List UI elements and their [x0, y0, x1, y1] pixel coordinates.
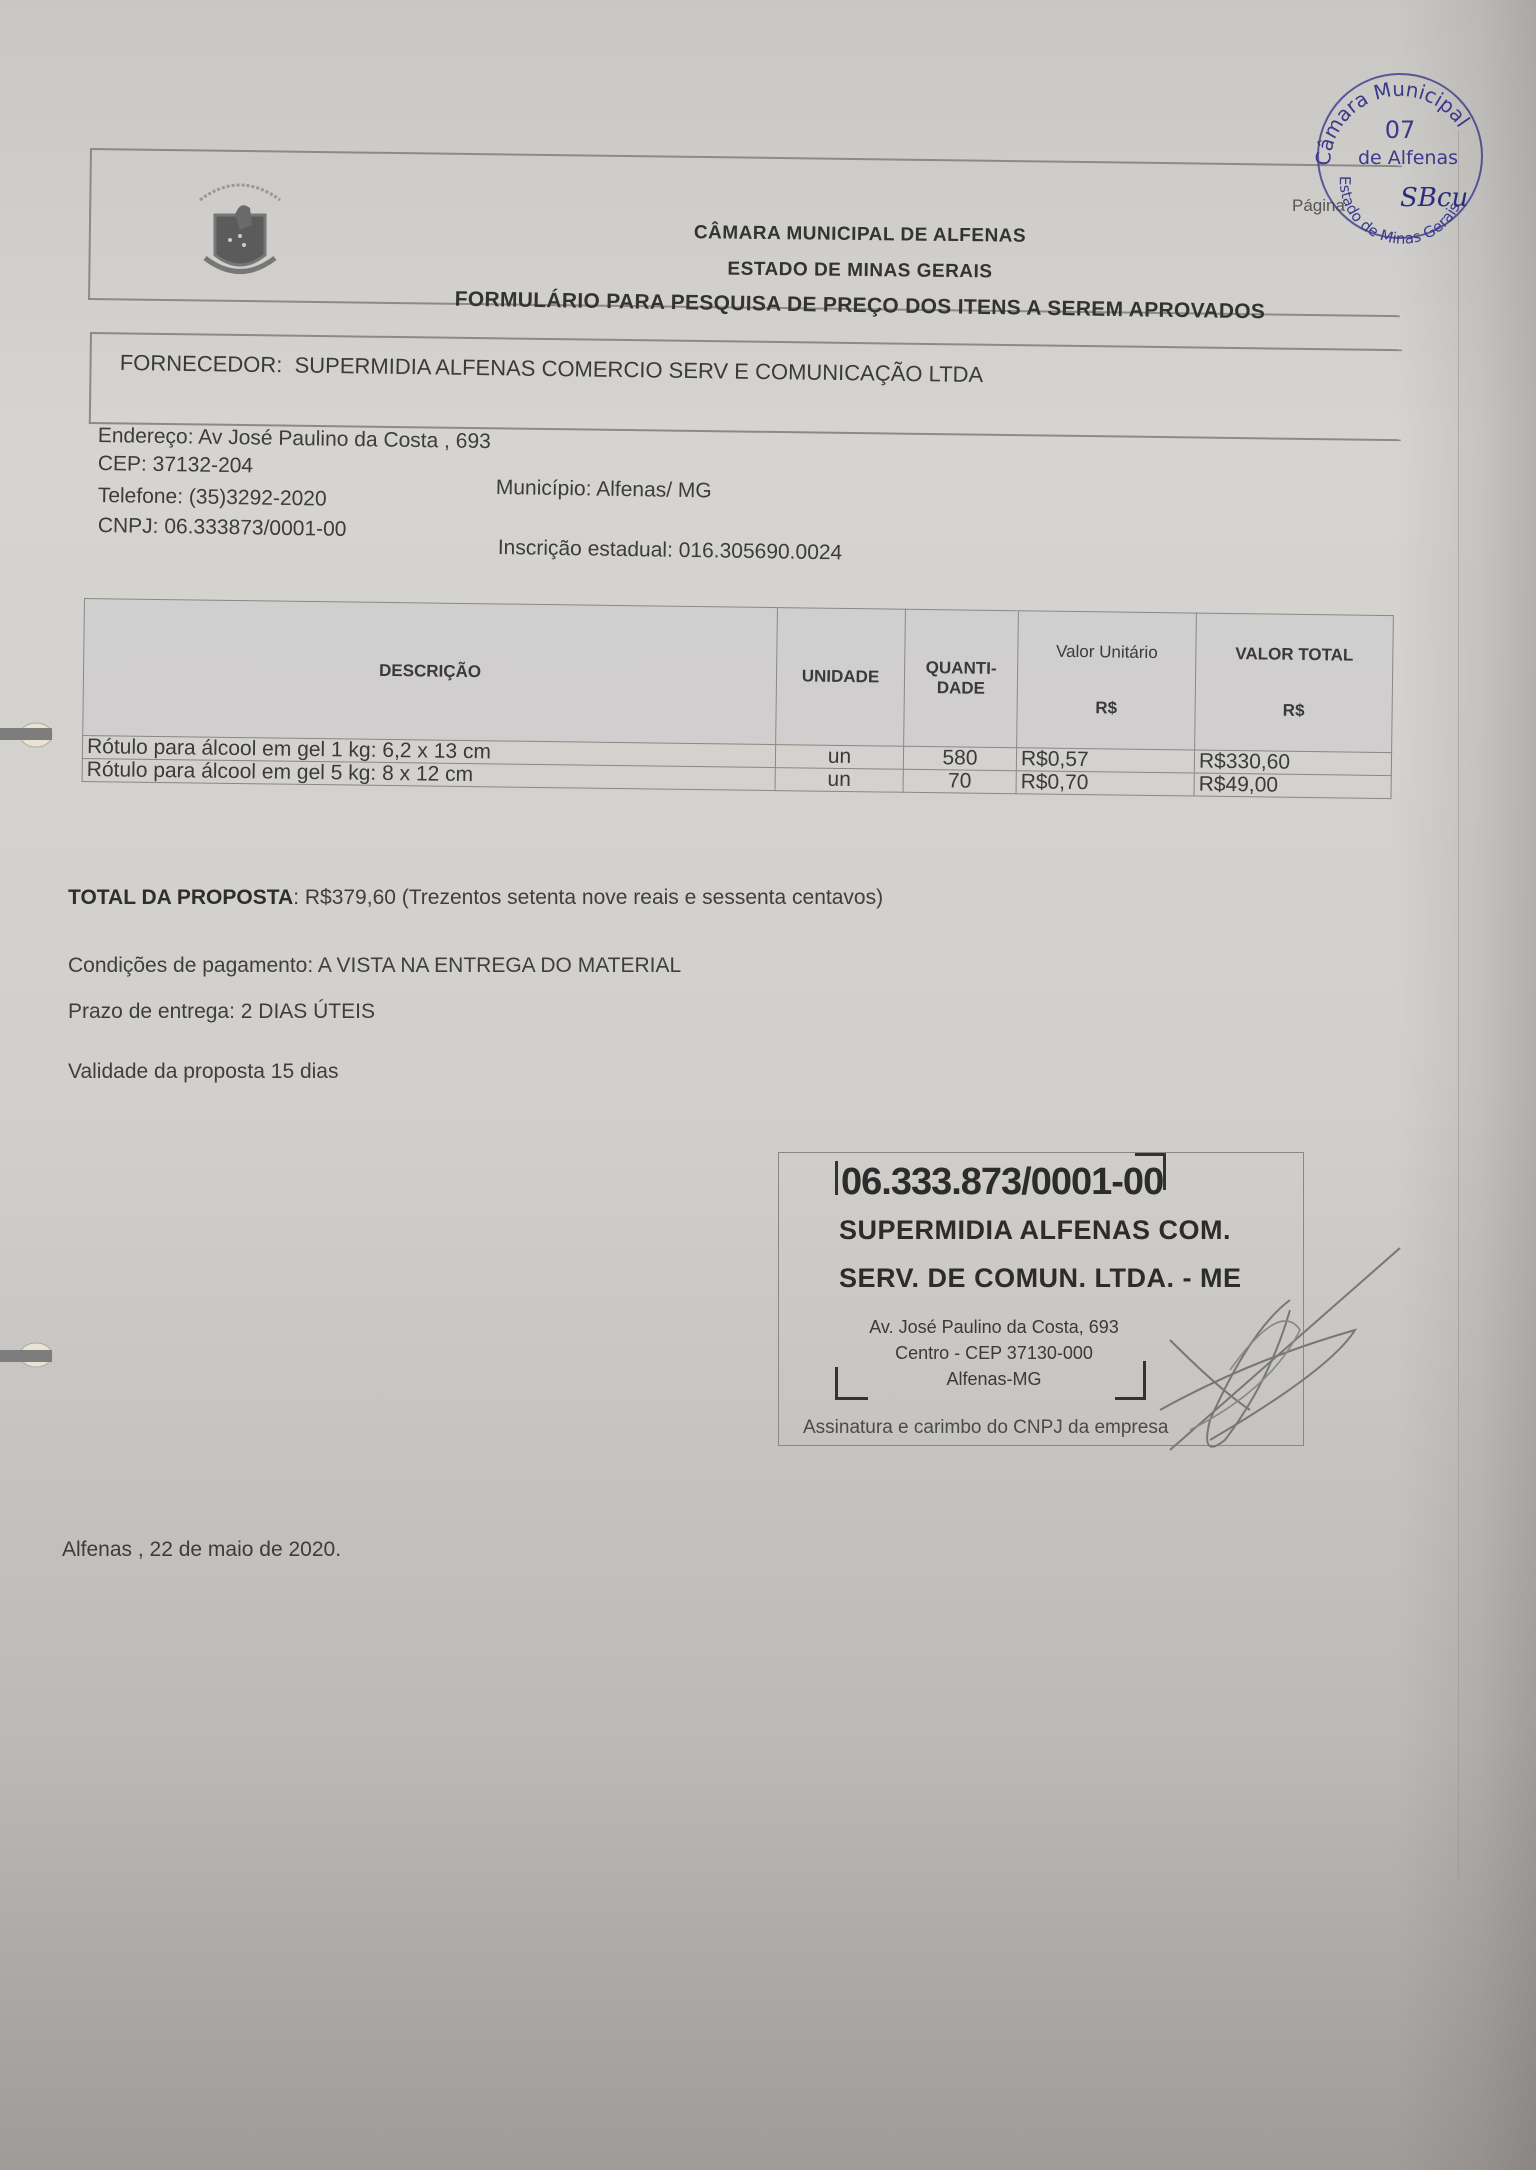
cell-valor-total: R$49,00 [1194, 773, 1391, 799]
col-quantidade: QUANTI-DADE [904, 609, 1019, 747]
punch-hole-icon [0, 722, 54, 748]
cell-valor-unitario: R$0,70 [1016, 771, 1194, 796]
supplier-label: FORNECEDOR: [120, 350, 283, 377]
page-edge-line [1458, 130, 1459, 1880]
supplier-cnpj: CNPJ: 06.333873/0001-00 [98, 514, 347, 542]
payment-terms: Condições de pagamento: A VISTA NA ENTRE… [68, 954, 681, 978]
cell-quantidade: 70 [903, 769, 1016, 793]
supplier-frame [89, 332, 1402, 441]
cell-valor-unitario: R$0,57 [1016, 748, 1194, 773]
svg-text:SBcu: SBcu [1400, 183, 1468, 213]
svg-text:07: 07 [1385, 116, 1416, 144]
signature-scribble-icon [1130, 1240, 1410, 1480]
col-unidade: UNIDADE [776, 608, 906, 747]
items-table: DESCRIÇÃO UNIDADE QUANTI-DADE Valor Unit… [82, 598, 1394, 799]
supplier-address: Endereço: Av José Paulino da Costa , 693 [98, 424, 491, 454]
svg-text:de Alfenas: de Alfenas [1358, 147, 1458, 169]
proposal-validity: Validade da proposta 15 dias [68, 1060, 338, 1084]
stamp-cnpj: 06.333.873/0001-00 [841, 1161, 1163, 1204]
supplier-municipio: Município: Alfenas/ MG [496, 476, 712, 503]
supplier-state-registration: Inscrição estadual: 016.305690.0024 [498, 536, 843, 565]
col-valor-total: VALOR TOTAL R$ [1195, 613, 1394, 753]
col-valor-unitario: Valor Unitário R$ [1017, 611, 1197, 750]
cell-unidade: un [775, 745, 903, 770]
supplier-phone: Telefone: (35)3292-2020 [98, 484, 327, 512]
proposal-total: TOTAL DA PROPOSTA: R$379,60 (Trezentos s… [68, 886, 883, 910]
document-date: Alfenas , 22 de maio de 2020. [62, 1538, 341, 1562]
cell-valor-total: R$330,60 [1194, 750, 1391, 776]
supplier-cep: CEP: 37132-204 [98, 452, 254, 478]
cell-unidade: un [775, 768, 903, 793]
cell-quantidade: 580 [903, 746, 1016, 770]
signature-caption: Assinatura e carimbo do CNPJ da empresa [803, 1417, 1168, 1439]
col-descricao: DESCRIÇÃO [83, 599, 778, 745]
delivery-term: Prazo de entrega: 2 DIAS ÚTEIS [68, 1000, 375, 1024]
official-seal-icon: Câmara Municipal 07 de Alfenas Estado de… [1300, 56, 1500, 256]
punch-hole-icon [0, 1342, 54, 1368]
